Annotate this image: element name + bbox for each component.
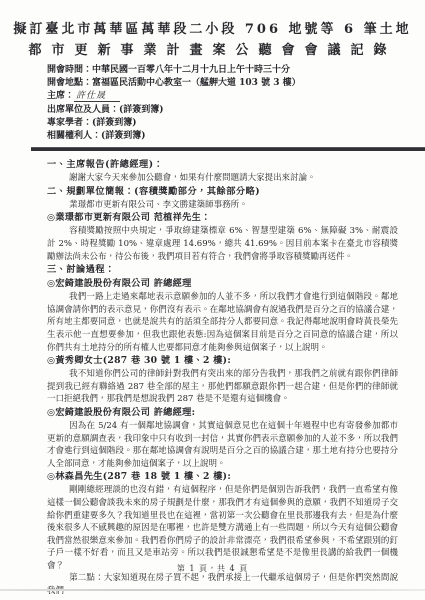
scan-edge-artifact: [0, 589, 425, 591]
header-divider: [31, 147, 425, 151]
speaker-1-name: ◎業璟都市更新有限公司 范植祥先生：: [47, 211, 398, 225]
meeting-time: 開會時間：中華民國一百零八年十二月十九日上午十時三十分: [47, 64, 425, 77]
speaker-4-name: ◎宏錡建設股份有限公司 許總經理:: [47, 406, 398, 420]
section-2-paragraph: 業璟都市更新有限公司、李文勝建築師事務所。: [47, 199, 398, 212]
meeting-stakeholders-label: 相關權利人：: [47, 131, 101, 141]
section-1-paragraph: 謝謝大家今天來參加公聽會，如果有什麼問題請大家提出來討論。: [47, 172, 398, 185]
meeting-info: 開會時間：中華民國一百零八年十二月十九日上午十時三十分 開會地點：富福區民活動中…: [47, 64, 425, 143]
meeting-time-label: 開會時間：: [47, 65, 92, 75]
meeting-stakeholders: 相關權利人：(詳簽到簿): [47, 130, 425, 143]
title-line-2: 都市更新事業計畫案公聽會會議記錄: [0, 40, 425, 61]
speaker-3-name: ◎黃秀卿女士(287 巷 30 號 1 樓、2 樓):: [47, 354, 398, 368]
meeting-chair: 主席：許仕晟: [47, 90, 425, 103]
title-line-1: 擬訂臺北市萬華區萬華段二小段 706 地號等 6 筆土地: [0, 19, 425, 40]
meeting-attendees-label: 出席單位及人員：: [47, 105, 119, 115]
meeting-place-value: 富福區民活動中心教室一（艋舺大道 103 號 3 樓）: [92, 78, 301, 88]
speaker-4-statement: 因為在 5/24 有一個鄰地協調會，其實這個意見也在這個十年過程中也有寄發參加都…: [47, 420, 398, 470]
meeting-experts: 專家學者：(詳簽到簿): [47, 117, 425, 130]
speaker-2-statement: 我們一路上走過來鄰地表示意願參加的人並不多，所以我們才會進行到這個階段。鄰地協調…: [47, 291, 398, 354]
meeting-stakeholders-value: (詳簽到簿): [101, 131, 146, 141]
section-1-heading: 一、主席報告(許總經理)：: [47, 158, 398, 172]
meeting-attendees: 出席單位及人員：(詳簽到簿): [47, 104, 425, 117]
speaker-5-name: ◎林森昌先生(287 巷 18 號 1 樓、2 樓):: [47, 470, 398, 484]
speaker-3-statement: 我不知道你們公司的律師針對我們有突出來的部分告我們，那我們之前就有跟你們律師提到…: [47, 368, 398, 406]
speaker-2-name: ◎宏錡建設股份有限公司 許總經理: [47, 277, 398, 291]
minutes-body: 一、主席報告(許總經理)： 謝謝大家今天來參加公聽會，如果有什麼問題請大家提出來…: [47, 158, 398, 597]
meeting-experts-value: (詳簽到簿): [92, 118, 137, 128]
document-page: 擬訂臺北市萬華區萬華段二小段 706 地號等 6 筆土地 都市更新事業計畫案公聽…: [0, 0, 425, 600]
speaker-5-statement-1: 剛剛總經理談的也沒有錯，有這個程序，但是你們是個別告訴我們，我們一直希望有像這樣…: [47, 484, 398, 572]
document-title: 擬訂臺北市萬華區萬華段二小段 706 地號等 6 筆土地 都市更新事業計畫案公聽…: [0, 0, 425, 61]
page-number-footer: 第 1 頁，共 4 頁: [0, 563, 425, 574]
chair-signature: 許仕晟: [74, 91, 120, 102]
meeting-time-value: 中華民國一百零八年十二月十九日上午十時三十分: [92, 65, 290, 75]
meeting-place-label: 開會地點：: [47, 78, 92, 88]
speaker-1-statement: 容積獎勵按照中央規定，爭取綠建築標章 6%、智慧型建築 6%、無障礙 3%、耐震…: [47, 225, 398, 263]
speaker-5-statement-2: 第二點：大家知道現在房子買不起，我們承接上一代繼承這個房子，但是你們突然間說我們: [47, 572, 398, 597]
meeting-place: 開會地點：富福區民活動中心教室一（艋舺大道 103 號 3 樓）: [47, 77, 425, 90]
section-3-heading: 三、討論過程：: [47, 263, 398, 277]
meeting-attendees-value: (詳簽到簿): [119, 105, 164, 115]
meeting-experts-label: 專家學者：: [47, 118, 92, 128]
meeting-chair-label: 主席：: [47, 91, 74, 101]
section-2-heading: 二、規劃單位簡報：(容積獎勵部分，其餘部分略): [47, 185, 398, 199]
